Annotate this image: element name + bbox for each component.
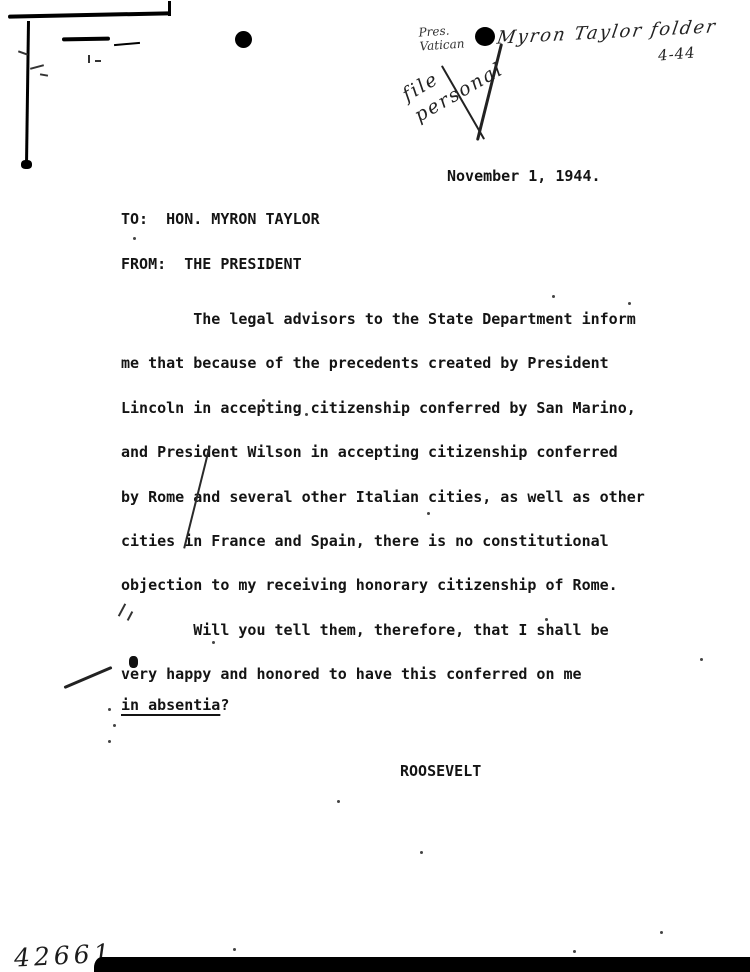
scan-speck [427, 512, 430, 515]
memo-body-line: cities in France and Spain, there is no … [121, 519, 645, 563]
scan-speck [108, 740, 111, 743]
scan-speck [545, 618, 548, 621]
scan-edge-artifact-left [25, 21, 30, 165]
pencil-annotation: Pres. Vatican [418, 22, 465, 53]
memo-body-line: The legal advisors to the State Departme… [121, 297, 645, 341]
underlined-phrase: in absentia [121, 696, 220, 714]
scan-edge-artifact-blob [21, 160, 32, 169]
memo-body-line: very happy and honored to have this conf… [121, 652, 645, 696]
scanned-memo-page: Pres. Vatican Myron Taylor folder 4-44 f… [0, 0, 750, 972]
memo-from-line: FROM: THE PRESIDENT [121, 255, 302, 273]
scan-speck [233, 948, 236, 951]
memo-body-line: objection to my receiving honorary citiz… [121, 563, 645, 607]
scan-speck [108, 708, 111, 711]
pencil-scribble [40, 73, 48, 76]
scan-speck [133, 237, 136, 240]
scan-speck [552, 295, 555, 298]
memo-body-last-line: in absentia? [121, 696, 229, 714]
ink-dot [235, 31, 252, 48]
scan-speck [700, 658, 703, 661]
scan-speck [660, 931, 663, 934]
pencil-scribble [88, 55, 90, 63]
scan-edge-artifact-tick [168, 1, 171, 16]
pencil-scribble [30, 64, 44, 70]
memo-body-line: Will you tell them, therefore, that I sh… [121, 608, 645, 652]
pencil-scribble [95, 60, 101, 62]
scan-speck [628, 302, 631, 305]
cursive-annotation-number: 4-44 [657, 43, 696, 64]
scan-speck [573, 950, 576, 953]
memo-body-line: me that because of the precedents create… [121, 341, 645, 385]
scan-speck [113, 724, 116, 727]
pen-dash-mark [62, 37, 110, 42]
scan-speck [337, 800, 340, 803]
memo-signature: ROOSEVELT [400, 762, 481, 780]
last-line-punctuation: ? [220, 696, 229, 714]
scan-edge-bar-bottom [94, 957, 750, 972]
scan-speck [262, 399, 265, 402]
scan-edge-artifact-top [8, 11, 170, 18]
ink-blot [129, 656, 138, 668]
memo-body-line: and President Wilson in accepting citize… [121, 430, 645, 474]
memo-date: November 1, 1944. [447, 167, 601, 185]
memo-body-line: Lincoln in accepting citizenship conferr… [121, 386, 645, 430]
scan-speck [305, 413, 308, 416]
pen-dash-mark [114, 42, 140, 46]
scan-speck [420, 851, 423, 854]
scan-speck [212, 641, 215, 644]
memo-to-line: TO: HON. MYRON TAYLOR [121, 210, 320, 228]
memo-body: The legal advisors to the State Departme… [121, 297, 645, 697]
pencil-slash-mark [63, 666, 112, 689]
